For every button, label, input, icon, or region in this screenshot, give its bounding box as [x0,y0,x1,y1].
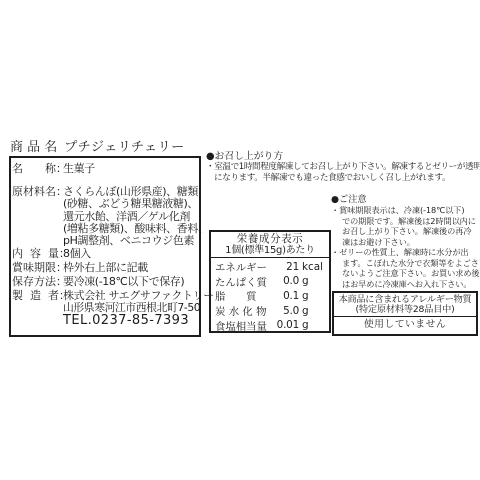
nutrition-unit: g [299,290,325,302]
nutrition-table: 栄養成分表示 1個(標準15g)あたり エネルギー 21 kcal たんぱく質 … [209,230,331,333]
caution-line: ・ゼリーの性質上、解凍時に水分が出 [331,247,478,258]
spec-value-contents: 8個入 [63,248,198,260]
product-name-row: 商 品 名 プチジェリチェリー [10,136,185,155]
nutrition-rows: エネルギー 21 kcal たんぱく質 0.0 g 脂 質 0.1 g 炭 水 … [211,258,329,332]
spec-label-contents: 内 容 量： [12,248,70,260]
allergy-subtitle: (特定原材料等28品目中) [334,305,476,315]
spec-label-maker: 製 造 者： [12,290,70,302]
nutrition-unit: g [299,319,325,331]
spec-value-expiry: 枠外右上部に記載 [63,262,198,274]
caution-line: はお早めに冷凍庫へお入れ下さい。 [331,279,478,290]
spec-value-storage: 要冷凍(-18℃以下で保存) [63,276,198,288]
caution-notes: ●ご注意 ・賞味期限表示は、冷凍(-18℃以下) での期限です。解凍後は2時間以… [331,194,478,289]
nutrition-row-salt: 食塩相当量 0.01 g [215,318,325,333]
serving-line: になります。半解凍でも違った食感でおいしく召し上がれます。 [206,173,480,184]
nutrition-row-energy: エネルギー 21 kcal [215,260,325,275]
nutrition-value: 0.1 [270,290,299,302]
caution-line: 凍はお避け下さい。 [331,237,478,248]
spec-label-expiry: 賞味期限： [12,262,67,274]
nutrition-row-protein: たんぱく質 0.0 g [215,274,325,289]
nutrition-label: 食塩相当量 [215,318,270,333]
nutrition-label: たんぱく質 [215,274,270,289]
spec-row-expiry: 賞味期限： 枠外右上部に記載 [11,262,198,274]
nutrition-unit: g [299,275,325,287]
nutrition-unit: g [299,305,325,317]
caution-line: ます。こぼれた水分で衣類等をよごさ [331,258,478,269]
maker-tel-line: TEL.0237-85-7393 [63,314,198,328]
serving-heading: ●お召し上がり方 [206,151,480,162]
product-name-value: プチジェリチェリー [64,136,184,155]
spec-label-storage: 保存方法： [12,276,67,288]
nutrition-subtitle: 1個(標準15g)あたり [211,245,329,256]
spec-row-storage: 保存方法： 要冷凍(-18℃以下で保存) [11,276,198,288]
nutrition-header: 栄養成分表示 1個(標準15g)あたり [211,232,329,258]
spec-row-ingredients: 原材料名： さくらんぼ(山形県産)、糖類 (砂糖、ぶどう糖果糖液糖)、 還元水飴… [11,186,198,247]
serving-directions: ●お召し上がり方 ・室温で1時間程度解凍してお召し上がり下さい。解凍するとゼリー… [206,151,480,185]
spec-row-contents: 内 容 量： 8個入 [11,248,198,260]
nutrition-row-carbohydrate: 炭 水 化 物 5.0 g [215,303,325,318]
caution-line: ないようご注意下さい。お買い求め後 [331,268,478,279]
spec-row-name: 名 称： 生菓子 [11,163,198,175]
caution-line: ・賞味期限表示は、冷凍(-18℃以下) [331,205,478,216]
nutrition-unit: kcal [299,261,325,273]
nutrition-label: 炭 水 化 物 [215,303,270,318]
nutrition-value: 5.0 [270,305,299,317]
nutrition-value: 0.0 [270,275,299,287]
nutrition-value: 21 [270,261,299,273]
nutrition-row-fat: 脂 質 0.1 g [215,289,325,304]
allergy-result: 使用していません [334,317,476,333]
nutrition-value: 0.01 [270,319,299,331]
ingredients-line: 還元水飴、洋酒／ゲル化剤 [63,211,198,223]
serving-line: ・室温で1時間程度解凍してお召し上がり下さい。解凍するとゼリーが透明 [206,162,480,173]
spec-label-name: 名 称： [12,163,67,175]
nutrition-label: エネルギー [215,259,270,274]
spec-value-name: 生菓子 [63,163,198,175]
spec-row-maker: 製 造 者： 株式会社 サエグサファクトリー 山形県寒河江市西根北町7-50 T… [11,290,198,328]
spec-table: 名 称： 生菓子 原材料名： さくらんぼ(山形県産)、糖類 (砂糖、ぶどう糖果糖… [9,156,201,337]
ingredients-line: (砂糖、ぶどう糖果糖液糖)、 [63,198,198,210]
product-name-label: 商 品 名 [10,136,57,155]
nutrition-label: 脂 質 [215,288,270,303]
caution-line: での期限です。解凍後は2時間以内に [331,216,478,227]
nutrition-title: 栄養成分表示 [211,234,329,246]
spec-label-ingredients: 原材料名： [12,186,67,198]
caution-heading: ●ご注意 [331,194,478,205]
allergy-box: 本商品に含まれるアレルギー物質 (特定原材料等28品目中) 使用していません [332,291,478,336]
ingredients-line: pH調整剤、ベニコウジ色素 [63,235,198,247]
caution-line: お召し上がり下さい。解凍後の再冷 [331,226,478,237]
allergy-header: 本商品に含まれるアレルギー物質 (特定原材料等28品目中) [334,293,476,317]
food-product-label: 商 品 名 プチジェリチェリー 名 称： 生菓子 原材料名： さくらんぼ(山形県… [0,0,480,480]
